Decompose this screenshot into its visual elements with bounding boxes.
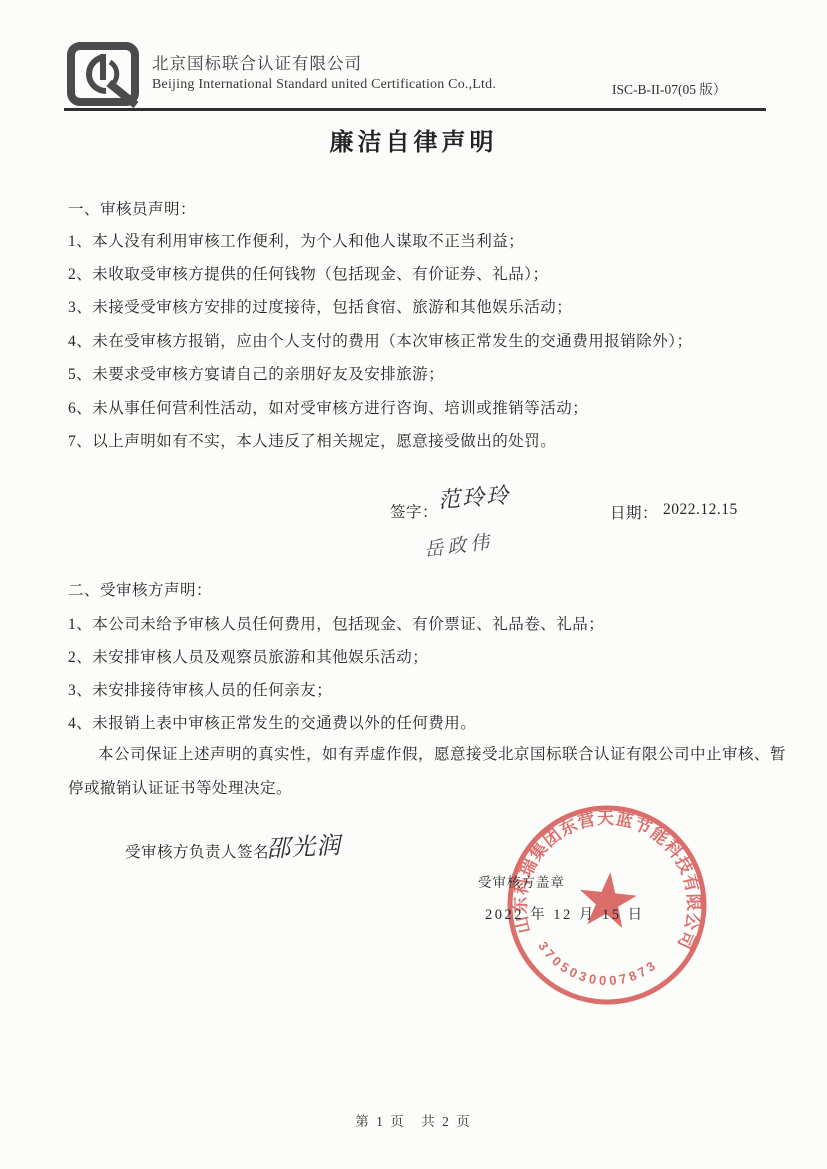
company-name-en: Beijing International Standard united Ce… — [152, 77, 496, 93]
section1-item: 7、以上声明如有不实，本人违反了相关规定，愿意接受做出的处罚。 — [68, 429, 556, 451]
section1-item: 3、未接受受审核方安排的过度接待，包括食宿、旅游和其他娱乐活动； — [68, 295, 572, 317]
page-title: 廉洁自律声明 — [0, 122, 827, 157]
company-name-cn: 北京国标联合认证有限公司 — [152, 50, 362, 74]
section1-item: 5、未要求受审核方宴请自己的亲朋好友及安排旅游； — [68, 362, 444, 384]
section1-item: 6、未从事任何营利性活动，如对受审核方进行咨询、培训或推销等活动； — [68, 396, 588, 418]
handwritten-signature-auditee: 邵光润 — [265, 825, 342, 864]
sign-label: 签字： — [390, 500, 438, 522]
section1-item: 4、未在受审核方报销，应由个人支付的费用（本次审核正常发生的交通费用报销除外）； — [68, 329, 693, 351]
scanned-declaration-page: 北京国标联合认证有限公司 Beijing International Stand… — [0, 0, 827, 1169]
section1-item: 1、本人没有利用审核工作便利，为个人和他人谋取不正当利益； — [68, 229, 524, 251]
section2-item: 1、本公司未给予审核人员任何费用，包括现金、有价票证、礼品卷、礼品； — [68, 612, 604, 634]
section1-heading: 一、审核员声明： — [68, 197, 196, 219]
stamp-date: 2022 年 12 月 15 日 — [485, 903, 645, 924]
company-logo — [66, 42, 142, 108]
section2-item: 2、未安排审核人员及观察员旅游和其他娱乐活动； — [68, 645, 428, 667]
date-label: 日期： — [610, 501, 658, 523]
pledge-line-2: 停或撤销认证证书等处理决定。 — [68, 776, 292, 798]
isc-logo-icon — [66, 42, 142, 108]
document-code: ISC-B-II-07(05 版） — [612, 78, 726, 98]
section2-item: 4、未报销上表中审核正常发生的交通费以外的任何费用。 — [68, 711, 476, 733]
auditor-sign-date: 2022.12.15 — [663, 501, 738, 519]
pledge-line-1: 本公司保证上述声明的真实性，如有弄虚作假，愿意接受北京国标联合认证有限公司中止审… — [98, 742, 786, 764]
section1-item: 2、未收取受审核方提供的任何钱物（包括现金、有价证券、礼品）； — [68, 262, 549, 284]
section2-heading: 二、受审核方声明： — [68, 578, 212, 600]
handwritten-signature-auditor-2: 岳政伟 — [423, 527, 495, 562]
handwritten-signature-auditor-1: 范玲玲 — [437, 479, 511, 515]
auditee-sign-label: 受审核方负责人签名： — [125, 840, 285, 862]
header-rule — [64, 108, 766, 111]
stamp-label: 受审核方盖章 — [478, 871, 565, 891]
section2-item: 3、未安排接待审核人员的任何亲友； — [68, 678, 332, 700]
page-number: 第 1 页 共 2 页 — [0, 1110, 827, 1130]
